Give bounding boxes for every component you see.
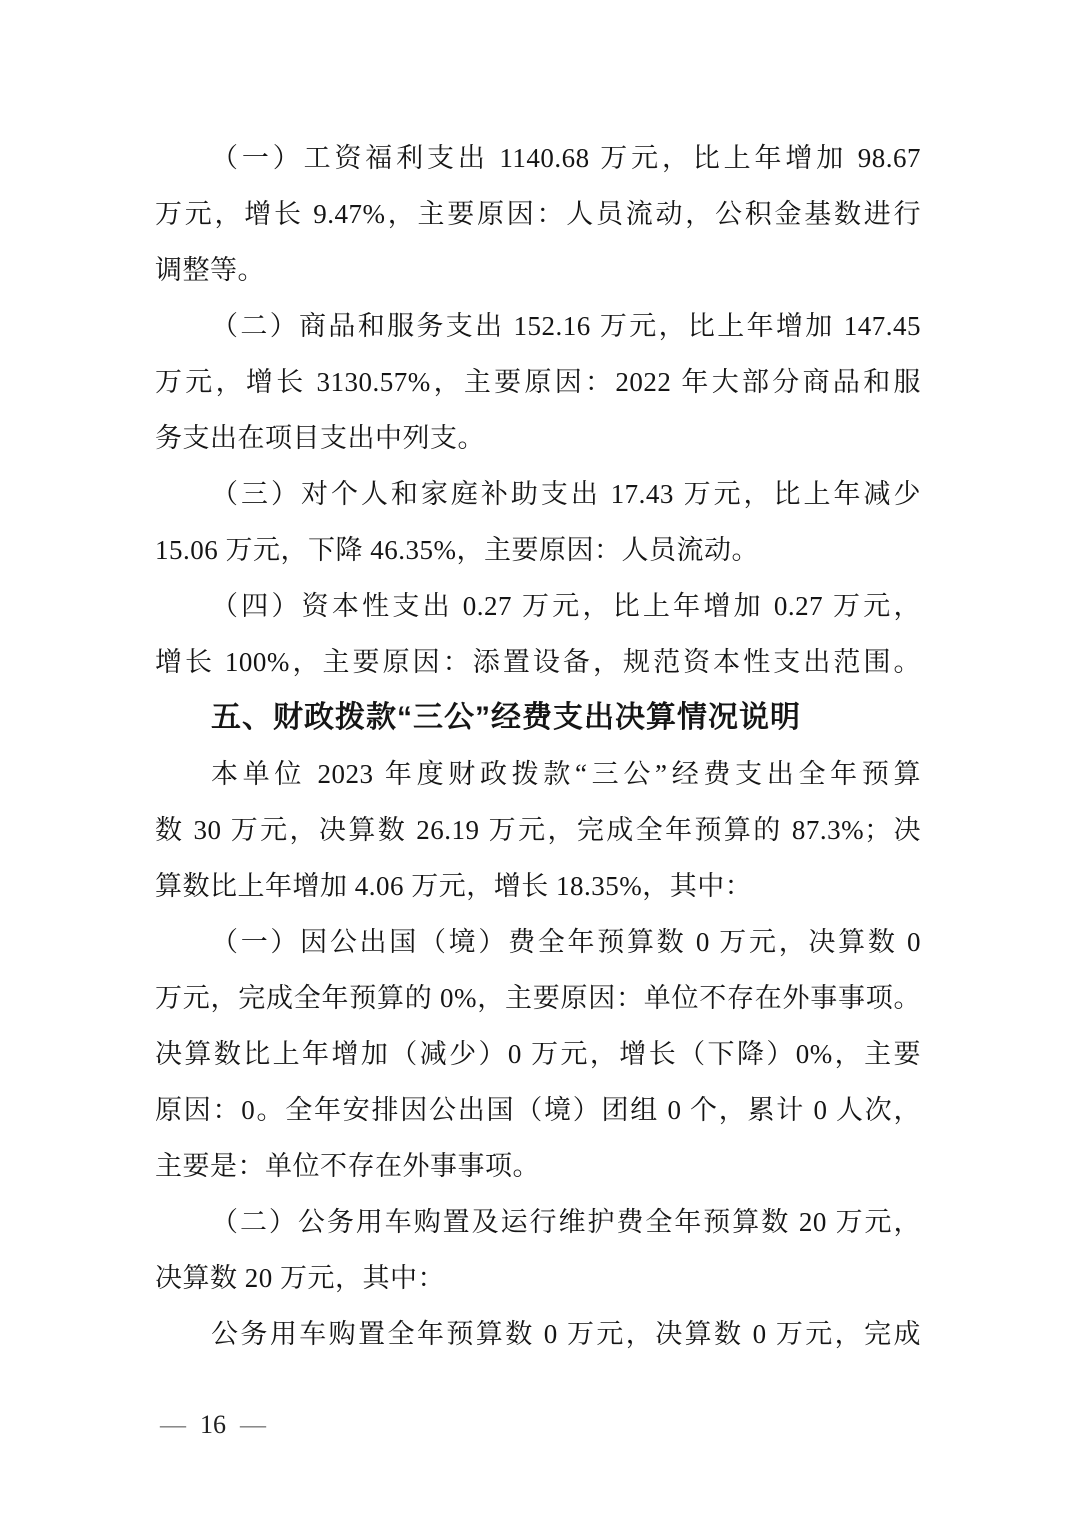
text-line: 决算数 20 万元，其中：: [155, 1250, 921, 1306]
footer-dash-left: —: [160, 1410, 186, 1439]
text-line: （二）公务用车购置及运行维护费全年预算数 20 万元，: [155, 1194, 921, 1250]
text-line: 务支出在项目支出中列支。: [155, 410, 921, 466]
text-line: 公务用车购置全年预算数 0 万元，决算数 0 万元，完成: [155, 1306, 921, 1362]
page-footer: —16—: [160, 1405, 266, 1445]
text-line: 增长 100%，主要原因：添置设备，规范资本性支出范围。: [155, 634, 921, 690]
section-heading: 五、财政拨款“三公”经费支出决算情况说明: [155, 690, 921, 746]
text-line: 万元，完成全年预算的 0%，主要原因：单位不存在外事事项。: [155, 970, 921, 1026]
footer-dash-right: —: [240, 1410, 266, 1439]
text-line: 原因：0。全年安排因公出国（境）团组 0 个，累计 0 人次，: [155, 1082, 921, 1138]
text-line: 万元，增长 9.47%，主要原因：人员流动，公积金基数进行: [155, 186, 921, 242]
document-page: （一）工资福利支出 1140.68 万元，比上年增加 98.67万元，增长 9.…: [0, 0, 1074, 1520]
document-body: （一）工资福利支出 1140.68 万元，比上年增加 98.67万元，增长 9.…: [155, 130, 921, 1362]
text-line: 算数比上年增加 4.06 万元，增长 18.35%，其中：: [155, 858, 921, 914]
text-line: 数 30 万元，决算数 26.19 万元，完成全年预算的 87.3%；决: [155, 802, 921, 858]
text-line: 调整等。: [155, 242, 921, 298]
text-line: 15.06 万元，下降 46.35%，主要原因：人员流动。: [155, 522, 921, 578]
text-line: 本单位 2023 年度财政拨款“三公”经费支出全年预算: [155, 746, 921, 802]
text-line: （一）工资福利支出 1140.68 万元，比上年增加 98.67: [155, 130, 921, 186]
page-number: 16: [200, 1410, 226, 1439]
text-line: （二）商品和服务支出 152.16 万元，比上年增加 147.45: [155, 298, 921, 354]
text-line: （三）对个人和家庭补助支出 17.43 万元，比上年减少: [155, 466, 921, 522]
text-line: 万元，增长 3130.57%，主要原因：2022 年大部分商品和服: [155, 354, 921, 410]
text-line: 决算数比上年增加（减少）0 万元，增长（下降）0%，主要: [155, 1026, 921, 1082]
text-line: （一）因公出国（境）费全年预算数 0 万元，决算数 0: [155, 914, 921, 970]
text-line: 主要是：单位不存在外事事项。: [155, 1138, 921, 1194]
text-line: （四）资本性支出 0.27 万元，比上年增加 0.27 万元，: [155, 578, 921, 634]
